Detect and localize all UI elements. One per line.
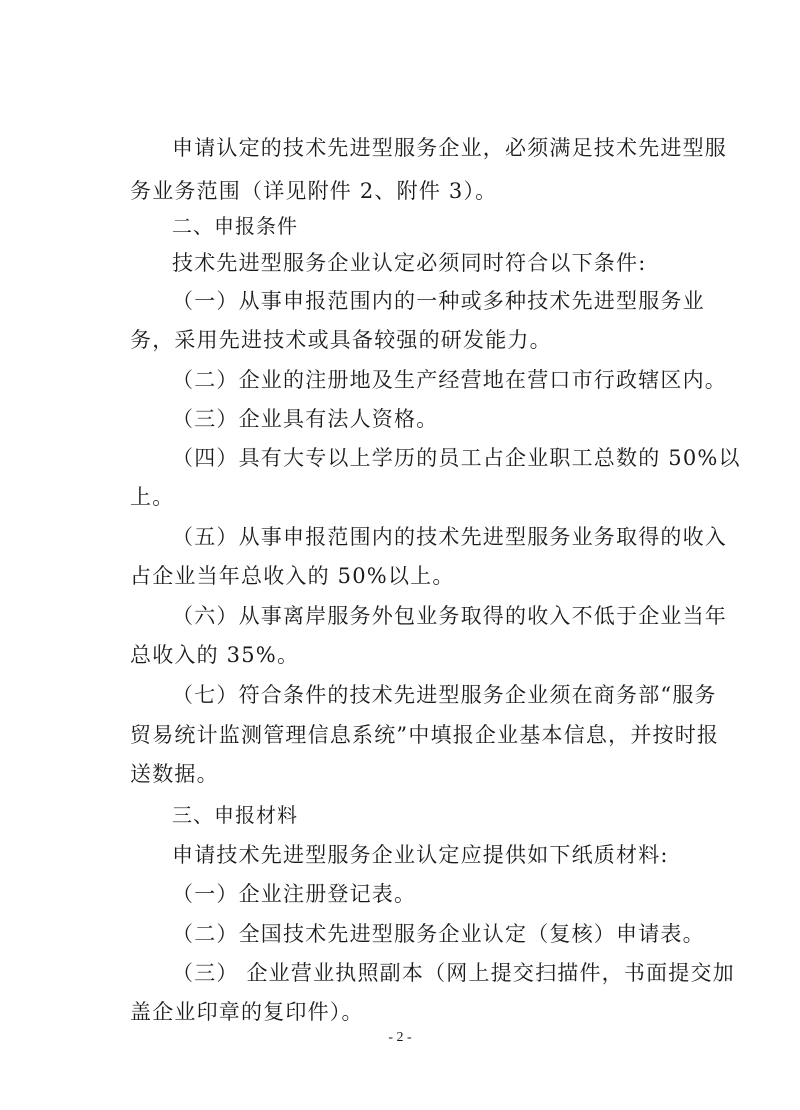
paragraph-line: （七）符合条件的技术先进型服务企业须在商务部“服务: [172, 683, 800, 707]
paragraph-line: （一）企业注册登记表。: [172, 882, 800, 906]
paragraph-line: （二）全国技术先进型服务企业认定（复核）申请表。: [172, 922, 800, 946]
paragraph-line: 申请技术先进型服务企业认定应提供如下纸质材料:: [172, 843, 800, 867]
paragraph-line: （一）从事申报范围内的一种或多种技术先进型服务业: [172, 289, 800, 313]
paragraph-line: （六）从事离岸服务外包业务取得的收入不低于企业当年: [172, 604, 800, 628]
paragraph-line: 送数据。: [130, 762, 800, 786]
paragraph-line: 盖企业印章的复印件）。: [130, 1000, 800, 1024]
paragraph-line: 申请认定的技术先进型服务企业，必须满足技术先进型服: [172, 136, 800, 160]
paragraph-line: 务，采用先进技术或具备较强的研发能力。: [130, 328, 800, 352]
paragraph-line: 贸易统计监测管理信息系统”中填报企业基本信息，并按时报: [130, 723, 800, 747]
section-heading: 二、申报条件: [172, 214, 800, 238]
paragraph-line: （三） 企业营业执照副本（网上提交扫描件，书面提交加: [172, 961, 800, 985]
section-heading: 三、申报材料: [172, 803, 800, 827]
paragraph-line: 技术先进型服务企业认定必须同时符合以下条件:: [172, 251, 800, 275]
paragraph-line: 务业务范围（详见附件 2、附件 3）。: [130, 179, 800, 203]
paragraph-line: 占企业当年总收入的 50%以上。: [130, 564, 800, 588]
paragraph-line: 总收入的 35%。: [130, 643, 800, 667]
page-number: - 2 -: [0, 1030, 800, 1046]
paragraph-line: （四）具有大专以上学历的员工占企业职工总数的 50%以: [172, 446, 800, 470]
paragraph-line: （五）从事申报范围内的技术先进型服务业务取得的收入: [172, 525, 800, 549]
paragraph-line: 上。: [130, 485, 800, 509]
paragraph-line: （二）企业的注册地及生产经营地在营口市行政辖区内。: [172, 368, 800, 392]
paragraph-line: （三）企业具有法人资格。: [172, 407, 800, 431]
